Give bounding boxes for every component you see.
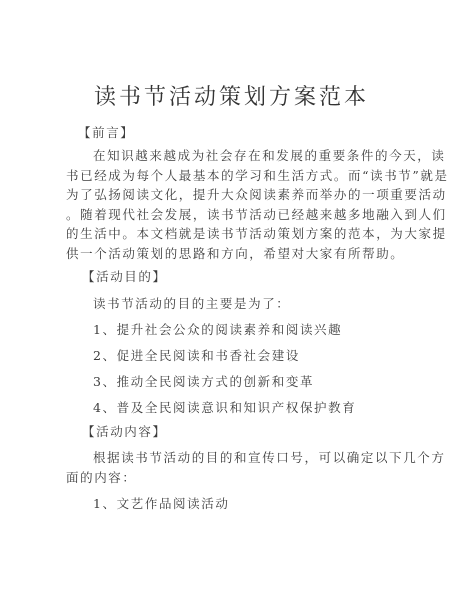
purpose-item: 3、推动全民阅读方式的创新和变革 bbox=[93, 372, 314, 390]
preface-line: 的生活中。本文档就是读书节活动策划方案的范本，为大家提 bbox=[66, 224, 447, 242]
document-page: 读书节活动策划方案范本 【前言】 在知识越来越成为社会存在和发展的重要条件的今天… bbox=[0, 0, 463, 600]
preface-line: 在知识越来越成为社会存在和发展的重要条件的今天，读 bbox=[93, 146, 446, 164]
document-title: 读书节活动策划方案范本 bbox=[0, 80, 463, 111]
purpose-item: 4、普及全民阅读意识和知识产权保护教育 bbox=[93, 398, 356, 416]
preface-heading: 【前言】 bbox=[78, 123, 134, 141]
preface-line: 。随着现代社会发展，读书节活动已经越来越多地融入到人们 bbox=[66, 205, 447, 223]
preface-line: 供一个活动策划的思路和方向，希望对大家有所帮助。 bbox=[66, 244, 404, 262]
content-item: 1、文艺作品阅读活动 bbox=[93, 494, 229, 512]
content-intro-line: 面的内容： bbox=[66, 468, 137, 486]
content-intro-line: 根据读书节活动的目的和宣传口号，可以确定以下几个方 bbox=[93, 448, 446, 466]
purpose-item: 2、促进全民阅读和书香社会建设 bbox=[93, 346, 300, 364]
content-heading: 【活动内容】 bbox=[82, 422, 167, 440]
preface-line: 书已经成为每个人最基本的学习和生活方式。而“读书节”就是 bbox=[66, 166, 449, 184]
purpose-heading: 【活动目的】 bbox=[82, 267, 167, 285]
purpose-intro: 读书节活动的目的主要是为了： bbox=[93, 294, 290, 312]
purpose-item: 1、提升社会公众的阅读素养和阅读兴趣 bbox=[93, 320, 342, 338]
preface-line: 为了弘扬阅读文化，提升大众阅读素养而举办的一项重要活动 bbox=[66, 185, 447, 203]
